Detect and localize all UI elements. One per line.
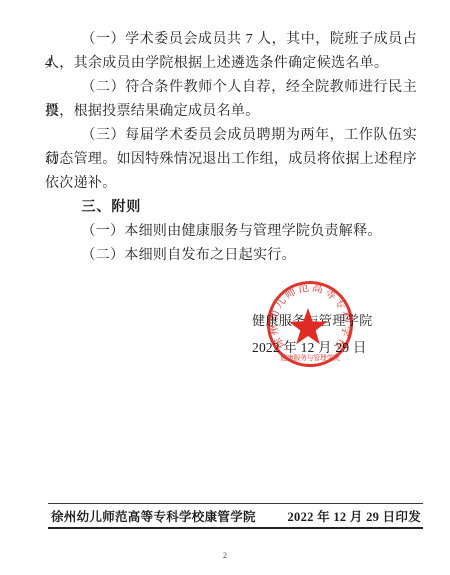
footer-left-text: 徐州幼儿师范高等专科学校康管学院 [48, 507, 256, 525]
text-line: （二）符合条件教师个人自荐，经全院教师进行民主投 [45, 76, 417, 100]
text-line: （一）本细则由健康服务与管理学院负责解释。 [45, 220, 417, 244]
text-line: 票，根据投票结果确定成员名单。 [45, 100, 417, 124]
text-line: （一）学术委员会成员共 7 人，其中，院班子成员占 4 [45, 28, 417, 52]
footer-right-text: 2022 年 12 月 29 日印发 [287, 507, 423, 525]
document-page: （一）学术委员会成员共 7 人，其中，院班子成员占 4 人，其余成员由学院根据上… [0, 0, 450, 575]
footer: 徐州幼儿师范高等专科学校康管学院 2022 年 12 月 29 日印发 [48, 506, 423, 525]
text-line: （三）每届学术委员会成员聘期为两年，工作队伍实行 [45, 124, 417, 148]
body-text: （一）学术委员会成员共 7 人，其中，院班子成员占 4 人，其余成员由学院根据上… [45, 28, 417, 268]
text-line: 动态管理。如因特殊情况退出工作组，成员将依据上述程序 [45, 148, 417, 172]
text-line: 人，其余成员由学院根据上述遴选条件确定候选名单。 [45, 52, 417, 76]
seal-star-icon [266, 280, 354, 368]
footer-divider-top [48, 503, 423, 504]
text-line: （二）本细则自发布之日起实行。 [45, 244, 417, 268]
text-line: 依次递补。 [45, 172, 417, 196]
footer-divider-bottom [48, 527, 423, 529]
page-number: 2 [0, 551, 450, 560]
section-heading: 三、附则 [45, 196, 417, 220]
